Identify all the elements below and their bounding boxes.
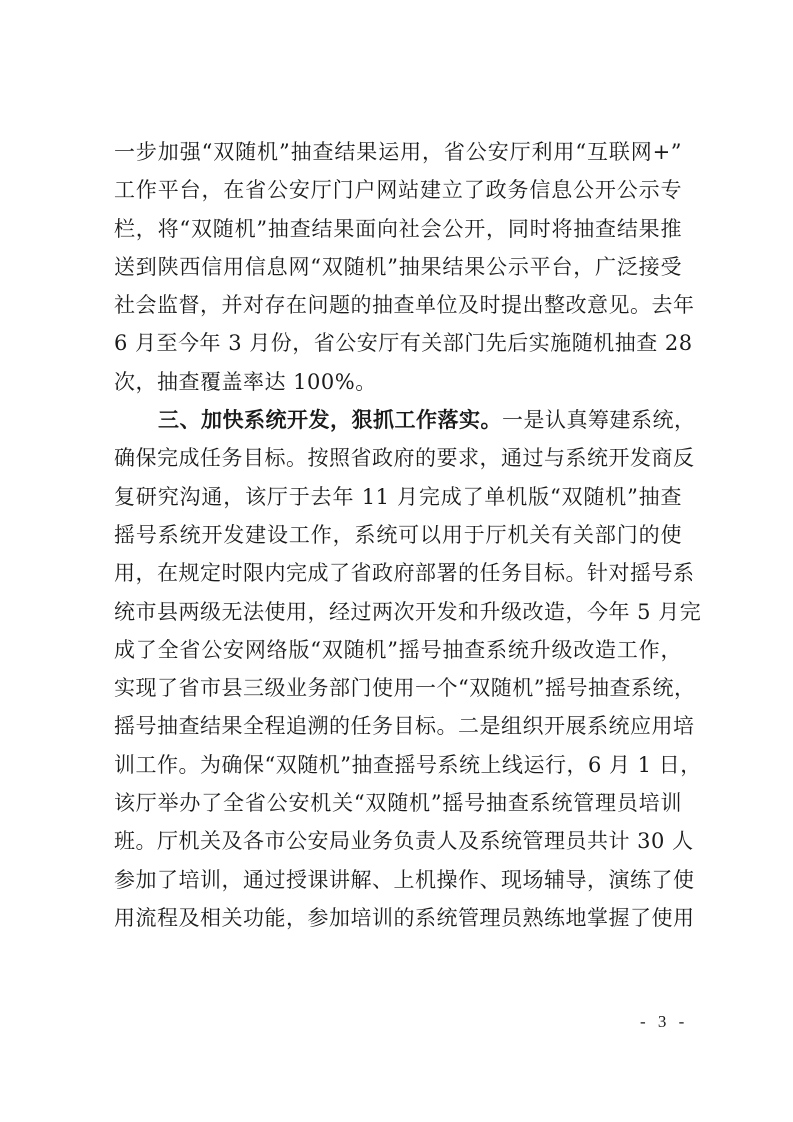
text-span: 一是认真筹建系统，	[502, 408, 696, 432]
paragraph-section-three: 三、加快系统开发，狠抓工作落实。一是认真筹建系统， 确保完成任务目标。按照省政府…	[114, 401, 682, 937]
text-line: 摇号抽查结果全程追溯的任务目标。二是组织开展系统应用培	[114, 707, 682, 745]
paragraph-continuation: 一步加强“双随机”抽查结果运用，省公安厅利用“互联网+” 工作平台，在省公安厅门…	[114, 133, 682, 401]
text-line: 栏，将“双随机”抽查结果面向社会公开，同时将抽查结果推	[114, 210, 682, 248]
text-line: 送到陕西信用信息网“双随机”抽果结果公示平台，广泛接受	[114, 248, 682, 286]
section-heading: 三、加快系统开发，狠抓工作落实。	[158, 407, 502, 432]
text-line: 用流程及相关功能，参加培训的系统管理员熟练地掌握了使用	[114, 899, 682, 937]
text-line: 一步加强“双随机”抽查结果运用，省公安厅利用“互联网+”	[114, 133, 682, 171]
text-line: 工作平台，在省公安厅门户网站建立了政务信息公开公示专	[114, 171, 682, 209]
text-line: 参加了培训，通过授课讲解、上机操作、现场辅导，演练了使	[114, 861, 682, 899]
text-line: 成了全省公安网络版“双随机”摇号抽查系统升级改造工作，	[114, 631, 682, 669]
text-line: 实现了省市县三级业务部门使用一个“双随机”摇号抽查系统，	[114, 669, 682, 707]
text-line: 确保完成任务目标。按照省政府的要求，通过与系统开发商反	[114, 439, 682, 477]
text-line: 训工作。为确保“双随机”抽查摇号系统上线运行，6 月 1 日，	[114, 746, 682, 784]
page-number: - 3 -	[640, 1012, 688, 1032]
text-line: 该厅举办了全省公安机关“双随机”摇号抽查系统管理员培训	[114, 784, 682, 822]
text-line: 摇号系统开发建设工作，系统可以用于厅机关有关部门的使	[114, 516, 682, 554]
text-line: 社会监督，并对存在问题的抽查单位及时提出整改意见。去年	[114, 286, 682, 324]
section-heading-line: 三、加快系统开发，狠抓工作落实。一是认真筹建系统，	[114, 401, 682, 439]
text-line: 用，在规定时限内完成了省政府部署的任务目标。针对摇号系	[114, 554, 682, 592]
text-line: 次，抽查覆盖率达 100%。	[114, 363, 682, 401]
text-line: 6 月至今年 3 月份，省公安厅有关部门先后实施随机抽查 28	[114, 324, 682, 362]
document-body: 一步加强“双随机”抽查结果运用，省公安厅利用“互联网+” 工作平台，在省公安厅门…	[114, 133, 682, 937]
text-line: 班。厅机关及各市公安局业务负责人及系统管理员共计 30 人	[114, 822, 682, 860]
text-line: 统市县两级无法使用，经过两次开发和升级改造，今年 5 月完	[114, 593, 682, 631]
text-line: 复研究沟通，该厅于去年 11 月完成了单机版“双随机”抽查	[114, 478, 682, 516]
